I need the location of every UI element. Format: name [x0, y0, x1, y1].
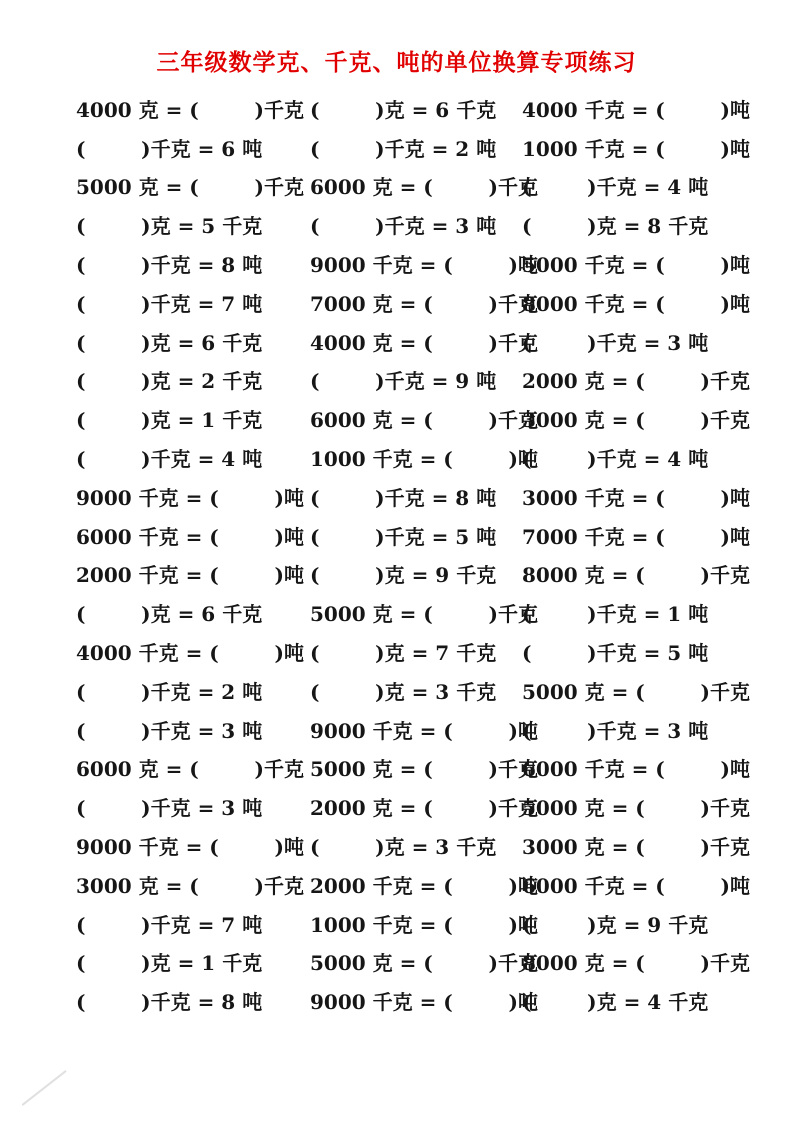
problem-text: 2000 千克 = ( )吨 [310, 870, 522, 899]
problem-text: 9000 千克 = ( )吨 [310, 249, 522, 278]
problem-text: 4000 千克 = ( )吨 [76, 637, 310, 666]
stray-pencil-mark [21, 1069, 66, 1105]
problem-text: ( )千克 = 5 吨 [522, 637, 793, 666]
problem-text: 5000 克 = ( )千克 [310, 753, 522, 782]
problem-text: 5000 克 = ( )千克 [310, 947, 522, 976]
problem-text: ( )千克 = 3 吨 [76, 715, 310, 744]
problem-text: ( )克 = 1 千克 [76, 947, 310, 976]
problem-row: ( )千克 = 3 吨2000 克 = ( )千克5000 克 = ( )千克 [76, 787, 793, 826]
problem-text: ( )克 = 5 千克 [76, 210, 310, 239]
problem-row: 2000 千克 = ( )吨( )克 = 9 千克8000 克 = ( )千克 [76, 555, 793, 594]
problem-text: ( )克 = 3 千克 [310, 676, 522, 705]
problem-text: ( )克 = 6 千克 [76, 327, 310, 356]
problem-text: ( )克 = 9 千克 [310, 559, 522, 588]
problem-text: 5000 克 = ( )千克 [522, 792, 793, 821]
problem-row: 4000 克 = ( )千克( )克 = 6 千克4000 千克 = ( )吨 [76, 89, 793, 128]
problem-text: ( )千克 = 5 吨 [310, 521, 522, 550]
problem-text: 9000 千克 = ( )吨 [76, 831, 310, 860]
problem-text: 9000 千克 = ( )吨 [310, 715, 522, 744]
problem-text: ( )千克 = 8 吨 [310, 482, 522, 511]
problem-text: 2000 克 = ( )千克 [310, 792, 522, 821]
page-title: 三年级数学克、千克、吨的单位换算专项练习 [0, 0, 793, 77]
problem-text: ( )千克 = 4 吨 [76, 443, 310, 472]
problem-row: ( )克 = 6 千克5000 克 = ( )千克( )千克 = 1 吨 [76, 593, 793, 632]
problem-text: ( )克 = 2 千克 [76, 365, 310, 394]
problem-row: 5000 克 = ( )千克6000 克 = ( )千克( )千克 = 4 吨 [76, 167, 793, 206]
problem-text: ( )千克 = 4 吨 [522, 443, 793, 472]
problem-row: ( )千克 = 7 吨7000 克 = ( )千克8000 千克 = ( )吨 [76, 283, 793, 322]
problem-text: ( )千克 = 8 吨 [76, 249, 310, 278]
problem-text: 5000 克 = ( )千克 [310, 598, 522, 627]
problem-row: ( )千克 = 8 吨9000 千克 = ( )吨5000 千克 = ( )吨 [76, 244, 793, 283]
problem-row: ( )千克 = 2 吨( )克 = 3 千克5000 克 = ( )千克 [76, 671, 793, 710]
problem-text: ( )千克 = 7 吨 [76, 909, 310, 938]
problem-row: ( )克 = 1 千克6000 克 = ( )千克3000 克 = ( )千克 [76, 399, 793, 438]
problem-row: ( )克 = 1 千克5000 克 = ( )千克8000 克 = ( )千克 [76, 943, 793, 982]
problem-text: 1000 千克 = ( )吨 [310, 909, 522, 938]
problem-row: ( )千克 = 4 吨1000 千克 = ( )吨( )千克 = 4 吨 [76, 438, 793, 477]
problem-text: ( )克 = 1 千克 [76, 404, 310, 433]
problem-text: 5000 克 = ( )千克 [76, 171, 310, 200]
problem-text: ( )千克 = 9 吨 [310, 365, 522, 394]
problem-text: ( )克 = 9 千克 [522, 909, 793, 938]
problem-text: 1000 千克 = ( )吨 [522, 133, 793, 162]
problem-row: ( )千克 = 3 吨9000 千克 = ( )吨( )千克 = 3 吨 [76, 710, 793, 749]
problem-text: ( )千克 = 3 吨 [76, 792, 310, 821]
problem-text: ( )克 = 3 千克 [310, 831, 522, 860]
problem-row: ( )克 = 6 千克4000 克 = ( )千克( )千克 = 3 吨 [76, 322, 793, 361]
worksheet-page: 三年级数学克、千克、吨的单位换算专项练习 4000 克 = ( )千克( )克 … [0, 0, 793, 1122]
problem-row: ( )千克 = 7 吨1000 千克 = ( )吨( )克 = 9 千克 [76, 904, 793, 943]
problem-text: ( )千克 = 3 吨 [522, 327, 793, 356]
problem-text: 6000 克 = ( )千克 [76, 753, 310, 782]
problem-row: 6000 千克 = ( )吨( )千克 = 5 吨7000 千克 = ( )吨 [76, 516, 793, 555]
problem-text: ( )千克 = 2 吨 [310, 133, 522, 162]
problem-text: ( )千克 = 8 吨 [76, 986, 310, 1015]
problem-text: 8000 克 = ( )千克 [522, 559, 793, 588]
problem-text: 3000 克 = ( )千克 [522, 831, 793, 860]
problem-text: 6000 克 = ( )千克 [310, 404, 522, 433]
problem-rows: 4000 克 = ( )千克( )克 = 6 千克4000 千克 = ( )吨(… [0, 89, 793, 1020]
problem-text: ( )千克 = 1 吨 [522, 598, 793, 627]
problem-row: 3000 克 = ( )千克2000 千克 = ( )吨6000 千克 = ( … [76, 865, 793, 904]
problem-row: 4000 千克 = ( )吨( )克 = 7 千克( )千克 = 5 吨 [76, 632, 793, 671]
problem-row: 9000 千克 = ( )吨( )克 = 3 千克3000 克 = ( )千克 [76, 826, 793, 865]
problem-text: ( )克 = 6 千克 [310, 94, 522, 123]
problem-text: 2000 克 = ( )千克 [522, 365, 793, 394]
problem-text: 7000 千克 = ( )吨 [522, 521, 793, 550]
problem-text: ( )克 = 4 千克 [522, 986, 793, 1015]
problem-text: 5000 千克 = ( )吨 [522, 249, 793, 278]
problem-text: ( )克 = 7 千克 [310, 637, 522, 666]
problem-text: 7000 克 = ( )千克 [310, 288, 522, 317]
problem-text: 6000 千克 = ( )吨 [76, 521, 310, 550]
problem-text: ( )千克 = 2 吨 [76, 676, 310, 705]
problem-text: 6000 千克 = ( )吨 [522, 870, 793, 899]
problem-text: 6000 千克 = ( )吨 [522, 753, 793, 782]
problem-text: ( )克 = 8 千克 [522, 210, 793, 239]
problem-text: 4000 克 = ( )千克 [76, 94, 310, 123]
problem-row: ( )克 = 5 千克( )千克 = 3 吨( )克 = 8 千克 [76, 205, 793, 244]
problem-text: 5000 克 = ( )千克 [522, 676, 793, 705]
problem-row: ( )千克 = 6 吨( )千克 = 2 吨1000 千克 = ( )吨 [76, 128, 793, 167]
problem-text: 3000 克 = ( )千克 [522, 404, 793, 433]
problem-text: 2000 千克 = ( )吨 [76, 559, 310, 588]
problem-text: ( )千克 = 3 吨 [310, 210, 522, 239]
problem-text: 3000 千克 = ( )吨 [522, 482, 793, 511]
problem-text: 9000 千克 = ( )吨 [310, 986, 522, 1015]
problem-text: 3000 克 = ( )千克 [76, 870, 310, 899]
problem-text: 8000 千克 = ( )吨 [522, 288, 793, 317]
problem-text: ( )千克 = 3 吨 [522, 715, 793, 744]
problem-text: 4000 克 = ( )千克 [310, 327, 522, 356]
problem-text: ( )千克 = 4 吨 [522, 171, 793, 200]
problem-row: ( )克 = 2 千克( )千克 = 9 吨2000 克 = ( )千克 [76, 361, 793, 400]
problem-text: 9000 千克 = ( )吨 [76, 482, 310, 511]
problem-text: ( )千克 = 6 吨 [76, 133, 310, 162]
problem-text: 1000 千克 = ( )吨 [310, 443, 522, 472]
problem-text: 4000 千克 = ( )吨 [522, 94, 793, 123]
problem-row: ( )千克 = 8 吨9000 千克 = ( )吨( )克 = 4 千克 [76, 981, 793, 1020]
problem-text: ( )千克 = 7 吨 [76, 288, 310, 317]
problem-text: ( )克 = 6 千克 [76, 598, 310, 627]
problem-text: 8000 克 = ( )千克 [522, 947, 793, 976]
problem-text: 6000 克 = ( )千克 [310, 171, 522, 200]
problem-row: 6000 克 = ( )千克5000 克 = ( )千克6000 千克 = ( … [76, 749, 793, 788]
problem-row: 9000 千克 = ( )吨( )千克 = 8 吨3000 千克 = ( )吨 [76, 477, 793, 516]
